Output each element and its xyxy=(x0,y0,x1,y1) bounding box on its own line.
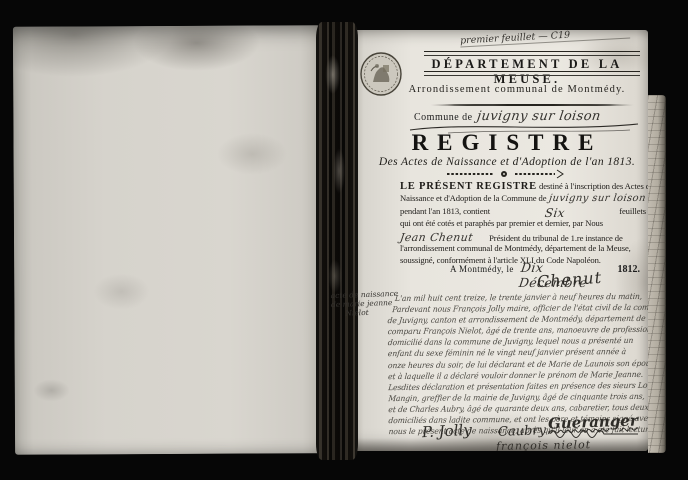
preamble-text: pendant l'an 1813, contient xyxy=(400,206,490,218)
header-bottom-rule xyxy=(424,71,640,76)
preamble-handwritten-commune: juvigny sur loison xyxy=(548,193,646,204)
preamble-text: Naissance et d'Adoption de la Commune de xyxy=(400,193,546,203)
archival-note: premier feuillet — C19 xyxy=(460,30,630,47)
preamble-handwritten-president: Jean Chenut xyxy=(399,231,474,244)
page-edges-strip xyxy=(648,95,666,453)
margin-note: acte de naissance de marie jeanne Nielot xyxy=(331,289,399,318)
seal-graphic xyxy=(359,51,403,97)
preamble-text: Président du tribunal de 1.re instance d… xyxy=(475,233,623,243)
preamble-lead: LE PRÉSENT REGISTRE xyxy=(400,181,537,192)
book-scan-photo: acte de naissance de marie jeanne Nielot… xyxy=(0,0,688,480)
preamble-line: LE PRÉSENT REGISTRE destiné à l'inscript… xyxy=(400,181,646,193)
commune-top-rule xyxy=(430,104,634,106)
preamble-text: feuillets xyxy=(619,206,646,218)
register-page: premier feuillet — C19 DÉPARTEMENT DE LA… xyxy=(352,30,648,451)
page-bottom-shadow xyxy=(352,438,648,451)
book-spine xyxy=(316,22,358,460)
preamble-line: Jean Chenut Président du tribunal de 1.r… xyxy=(400,231,646,243)
ornament-divider xyxy=(447,169,567,179)
preamble: LE PRÉSENT REGISTRE destiné à l'inscript… xyxy=(400,181,646,268)
register-subtitle: Des Actes de Naissance et d'Adoption de … xyxy=(377,156,637,168)
preamble-handwritten-count: Six xyxy=(544,206,566,218)
signature-flourish-loops xyxy=(548,430,640,438)
header-top-rule xyxy=(424,51,640,56)
preamble-line: l'arrondissement communal de Montmédy, d… xyxy=(400,243,646,255)
official-seal xyxy=(359,51,403,102)
blank-left-page xyxy=(13,25,321,455)
preamble-line: qui ont été cotés et paraphés par premie… xyxy=(400,218,646,230)
preamble-line: pendant l'an 1813, contient Six feuillet… xyxy=(400,206,646,218)
preamble-text: destiné à l'inscription des Actes de xyxy=(537,181,648,191)
arrondissement-line: Arrondissement communal de Montmédy. xyxy=(400,84,634,95)
register-title: REGISTRE xyxy=(382,130,632,156)
dateline-year: 1812. xyxy=(618,264,641,275)
dateline-printed: A Montmédy, le xyxy=(450,264,514,274)
preamble-line: Naissance et d'Adoption de la Commune de… xyxy=(400,193,646,205)
